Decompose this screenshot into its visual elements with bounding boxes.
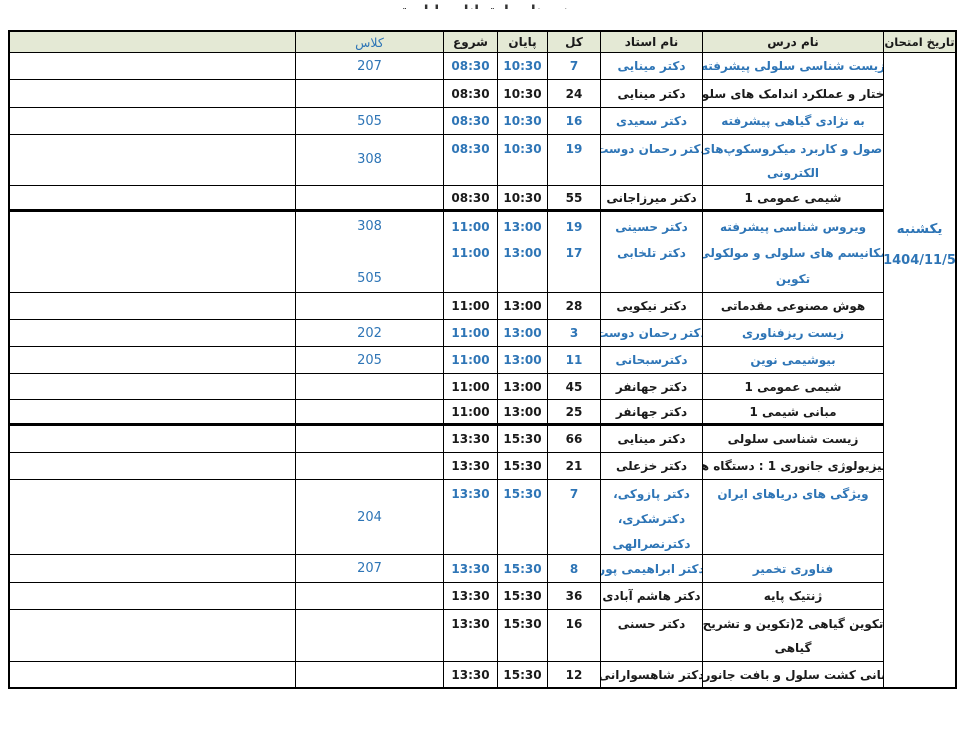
start-time-cell: 13:30 [443,426,497,452]
class-cell: 202 [295,320,443,346]
empty-cell [10,610,295,661]
table-header-row: نام درس نام استاد کل پایان شروع کلاس [10,32,883,53]
class-cell [295,426,443,452]
empty-cell [10,453,295,479]
class-cell [295,610,443,661]
table-row: زیست شناسی سلولی پیشرفتهدکتر مینایی710:3… [10,53,883,80]
empty-cell [10,480,295,554]
end-time-cell: 13:00 [497,374,547,399]
end-time-cell: 15:30 [497,583,547,609]
empty-cell [10,583,295,609]
course-cell: زیست شناسی سلولی پیشرفته [702,53,883,79]
end-time-cell: 10:30 [497,108,547,134]
table-row: ژنتیک پایهدکتر هاشم آبادی3615:3013:30 [10,583,883,610]
course-column-header: نام درس [702,32,883,52]
table-row: زیست ریزفناوریدکتر رحمان دوست313:0011:00… [10,320,883,347]
course-cell: به نژادی گیاهی پیشرفته [702,108,883,134]
start-time-cell: 11:00 [443,293,497,319]
professor-cell: دکتر رحمان دوست [600,320,702,346]
start-time-cell: 13:30 [443,583,497,609]
empty-cell [10,347,295,373]
total-cell: 7 [547,480,600,554]
class-cell: 207 [295,555,443,582]
total-cell: 12 [547,662,600,687]
end-time-cell: 15:30 [497,662,547,687]
end-time-cell: 10:30 [497,135,547,185]
professor-cell: دکتر خزعلی [600,453,702,479]
professor-cell: دکتر جهانفر [600,400,702,423]
exam-date-header: تاریخ امتحان [884,32,955,53]
total-cell: 7 [547,53,600,79]
table-row: به نژادی گیاهی پیشرفتهدکتر سعیدی1610:300… [10,108,883,135]
course-cell: اصول و کاربرد میکروسکوپ‌هایالکترونی [702,135,883,185]
empty-cell [10,662,295,687]
exam-weekday: یکشنبه [897,221,943,237]
professor-cell: دکترسبحانی [600,347,702,373]
empty-cell [10,135,295,185]
table-row: شیمی عمومی 1دکتر جهانفر4513:0011:00 [10,374,883,400]
class-column-header: کلاس [295,32,443,52]
total-cell: 11 [547,347,600,373]
class-cell: 308 [295,135,443,185]
course-cell: فیزیولوژی جانوری 1 : دستگاه ها [702,453,883,479]
class-cell: 205 [295,347,443,373]
clipped-page-title: ریز برنامه امتحانات پایان ترم [0,0,965,9]
start-time-cell: 11:00 [443,374,497,399]
clipped-page-title-text: ریز برنامه امتحانات پایان ترم [383,3,582,9]
table-row: بیوشیمی نویندکترسبحانی1113:0011:00205 [10,347,883,374]
course-cell: ویژگی های دریاهای ایران [702,480,883,554]
end-time-cell: 15:30 [497,426,547,452]
end-time-cell: 15:30 [497,610,547,661]
course-cell: مبانی شیمی 1 [702,400,883,423]
end-time-cell: 10:30 [497,80,547,107]
empty-cell [10,186,295,209]
exam-date-value: 1404/11/5 [883,253,956,268]
course-cell: زیست ریزفناوری [702,320,883,346]
course-cell: ژنتیک پایه [702,583,883,609]
start-time-cell: 08:30 [443,80,497,107]
exam-date-column: تاریخ امتحان یکشنبه 1404/11/5 [883,32,955,687]
total-cell: 45 [547,374,600,399]
professor-cell: دکتر حسینیدکتر تلخابی [600,212,702,292]
empty-cell [10,80,295,107]
professor-column-header: نام استاد [600,32,702,52]
end-time-cell: 13:00 [497,320,547,346]
total-column-header: کل [547,32,600,52]
start-time-cell: 08:30 [443,186,497,209]
course-cell: مبانی کشت سلول و بافت جانوری [702,662,883,687]
exam-date-cell: یکشنبه 1404/11/5 [884,53,955,687]
start-time-cell: 11:00 [443,347,497,373]
table-row: زیست شناسی سلولیدکتر مینایی6615:3013:30 [10,426,883,453]
empty-cell [10,293,295,319]
total-cell: 36 [547,583,600,609]
empty-cell [10,212,295,292]
professor-cell: دکتر رحمان دوست [600,135,702,185]
end-time-cell: 13:00 [497,400,547,423]
empty-cell [10,374,295,399]
end-time-cell: 13:0013:00 [497,212,547,292]
class-cell [295,80,443,107]
class-cell [295,374,443,399]
class-cell [295,662,443,687]
professor-cell: دکتر مینایی [600,426,702,452]
table-row: ویروس شناسی پیشرفتهمکانیسم های سلولی و م… [10,212,883,293]
professor-cell: دکتر شاهسوارانی [600,662,702,687]
start-time-cell: 11:0011:00 [443,212,497,292]
start-time-cell: 13:30 [443,555,497,582]
end-time-cell: 15:30 [497,480,547,554]
start-time-cell: 13:30 [443,662,497,687]
professor-cell: دکتر ابراهیمی پور [600,555,702,582]
start-time-cell: 11:00 [443,400,497,423]
empty-cell [10,555,295,582]
course-cell: هوش مصنوعی مقدماتی [702,293,883,319]
professor-cell: دکتر هاشم آبادی [600,583,702,609]
end-time-cell: 15:30 [497,453,547,479]
professor-cell: دکتر سعیدی [600,108,702,134]
table-row: تکوین گیاهی 2(تکوین و تشریحگیاهیدکتر حسن… [10,610,883,662]
table-row: شیمی عمومی 1دکتر میرزاجانی5510:3008:30 [10,186,883,212]
course-cell: بیوشیمی نوین [702,347,883,373]
professor-cell: دکتر جهانفر [600,374,702,399]
class-cell: 204 [295,480,443,554]
table-row: اصول و کاربرد میکروسکوپ‌هایالکترونیدکتر … [10,135,883,186]
professor-cell: دکتر مینایی [600,80,702,107]
table-row: ویژگی های دریاهای ایراندکتر پازوکی،دکترش… [10,480,883,555]
end-time-cell: 13:00 [497,347,547,373]
course-cell: ویروس شناسی پیشرفتهمکانیسم های سلولی و م… [702,212,883,292]
total-cell: 28 [547,293,600,319]
empty-column-header [10,32,295,52]
course-cell: شیمی عمومی 1 [702,374,883,399]
class-cell [295,186,443,209]
table-body: زیست شناسی سلولی پیشرفتهدکتر مینایی710:3… [10,53,883,688]
course-cell: ساختار و عملکرد اندامک های سلولی [702,80,883,107]
professor-cell: دکتر میرزاجانی [600,186,702,209]
empty-cell [10,320,295,346]
professor-cell: دکتر مینایی [600,53,702,79]
table-row: فیزیولوژی جانوری 1 : دستگاه هادکتر خزعلی… [10,453,883,480]
class-cell: 505 [295,108,443,134]
total-cell: 16 [547,108,600,134]
table-row: مبانی کشت سلول و بافت جانوریدکتر شاهسوار… [10,662,883,688]
total-cell: 3 [547,320,600,346]
professor-cell: دکتر پازوکی،دکترشکری،دکترنصرالهی [600,480,702,554]
start-time-cell: 13:30 [443,480,497,554]
start-time-cell: 13:30 [443,453,497,479]
empty-cell [10,400,295,423]
total-cell: 16 [547,610,600,661]
schedule-main-area: نام درس نام استاد کل پایان شروع کلاس زیس… [10,32,883,687]
empty-cell [10,53,295,79]
end-time-cell: 13:00 [497,293,547,319]
course-cell: فناوری تخمیر [702,555,883,582]
table-row: فناوری تخمیردکتر ابراهیمی پور815:3013:30… [10,555,883,583]
end-time-cell: 10:30 [497,186,547,209]
end-time-cell: 10:30 [497,53,547,79]
course-cell: شیمی عمومی 1 [702,186,883,209]
start-time-cell: 11:00 [443,320,497,346]
exam-schedule-table: تاریخ امتحان یکشنبه 1404/11/5 نام درس نا… [8,30,957,689]
total-cell: 19 [547,135,600,185]
table-row: هوش مصنوعی مقدماتیدکتر نیکویی2813:0011:0… [10,293,883,320]
table-row: مبانی شیمی 1دکتر جهانفر2513:0011:00 [10,400,883,426]
start-time-cell: 13:30 [443,610,497,661]
start-time-cell: 08:30 [443,53,497,79]
class-cell: 207 [295,53,443,79]
start-time-cell: 08:30 [443,108,497,134]
professor-cell: دکتر نیکویی [600,293,702,319]
total-cell: 24 [547,80,600,107]
empty-cell [10,108,295,134]
class-cell: 308505 [295,212,443,292]
total-cell: 25 [547,400,600,423]
end-time-column-header: پایان [497,32,547,52]
end-time-cell: 15:30 [497,555,547,582]
class-cell [295,293,443,319]
class-cell [295,400,443,423]
professor-cell: دکتر حسنی [600,610,702,661]
total-cell: 1917 [547,212,600,292]
start-time-column-header: شروع [443,32,497,52]
empty-cell [10,426,295,452]
total-cell: 8 [547,555,600,582]
table-row: ساختار و عملکرد اندامک های سلولیدکتر مین… [10,80,883,108]
total-cell: 55 [547,186,600,209]
course-cell: تکوین گیاهی 2(تکوین و تشریحگیاهی [702,610,883,661]
total-cell: 66 [547,426,600,452]
course-cell: زیست شناسی سلولی [702,426,883,452]
class-cell [295,453,443,479]
total-cell: 21 [547,453,600,479]
class-cell [295,583,443,609]
start-time-cell: 08:30 [443,135,497,185]
